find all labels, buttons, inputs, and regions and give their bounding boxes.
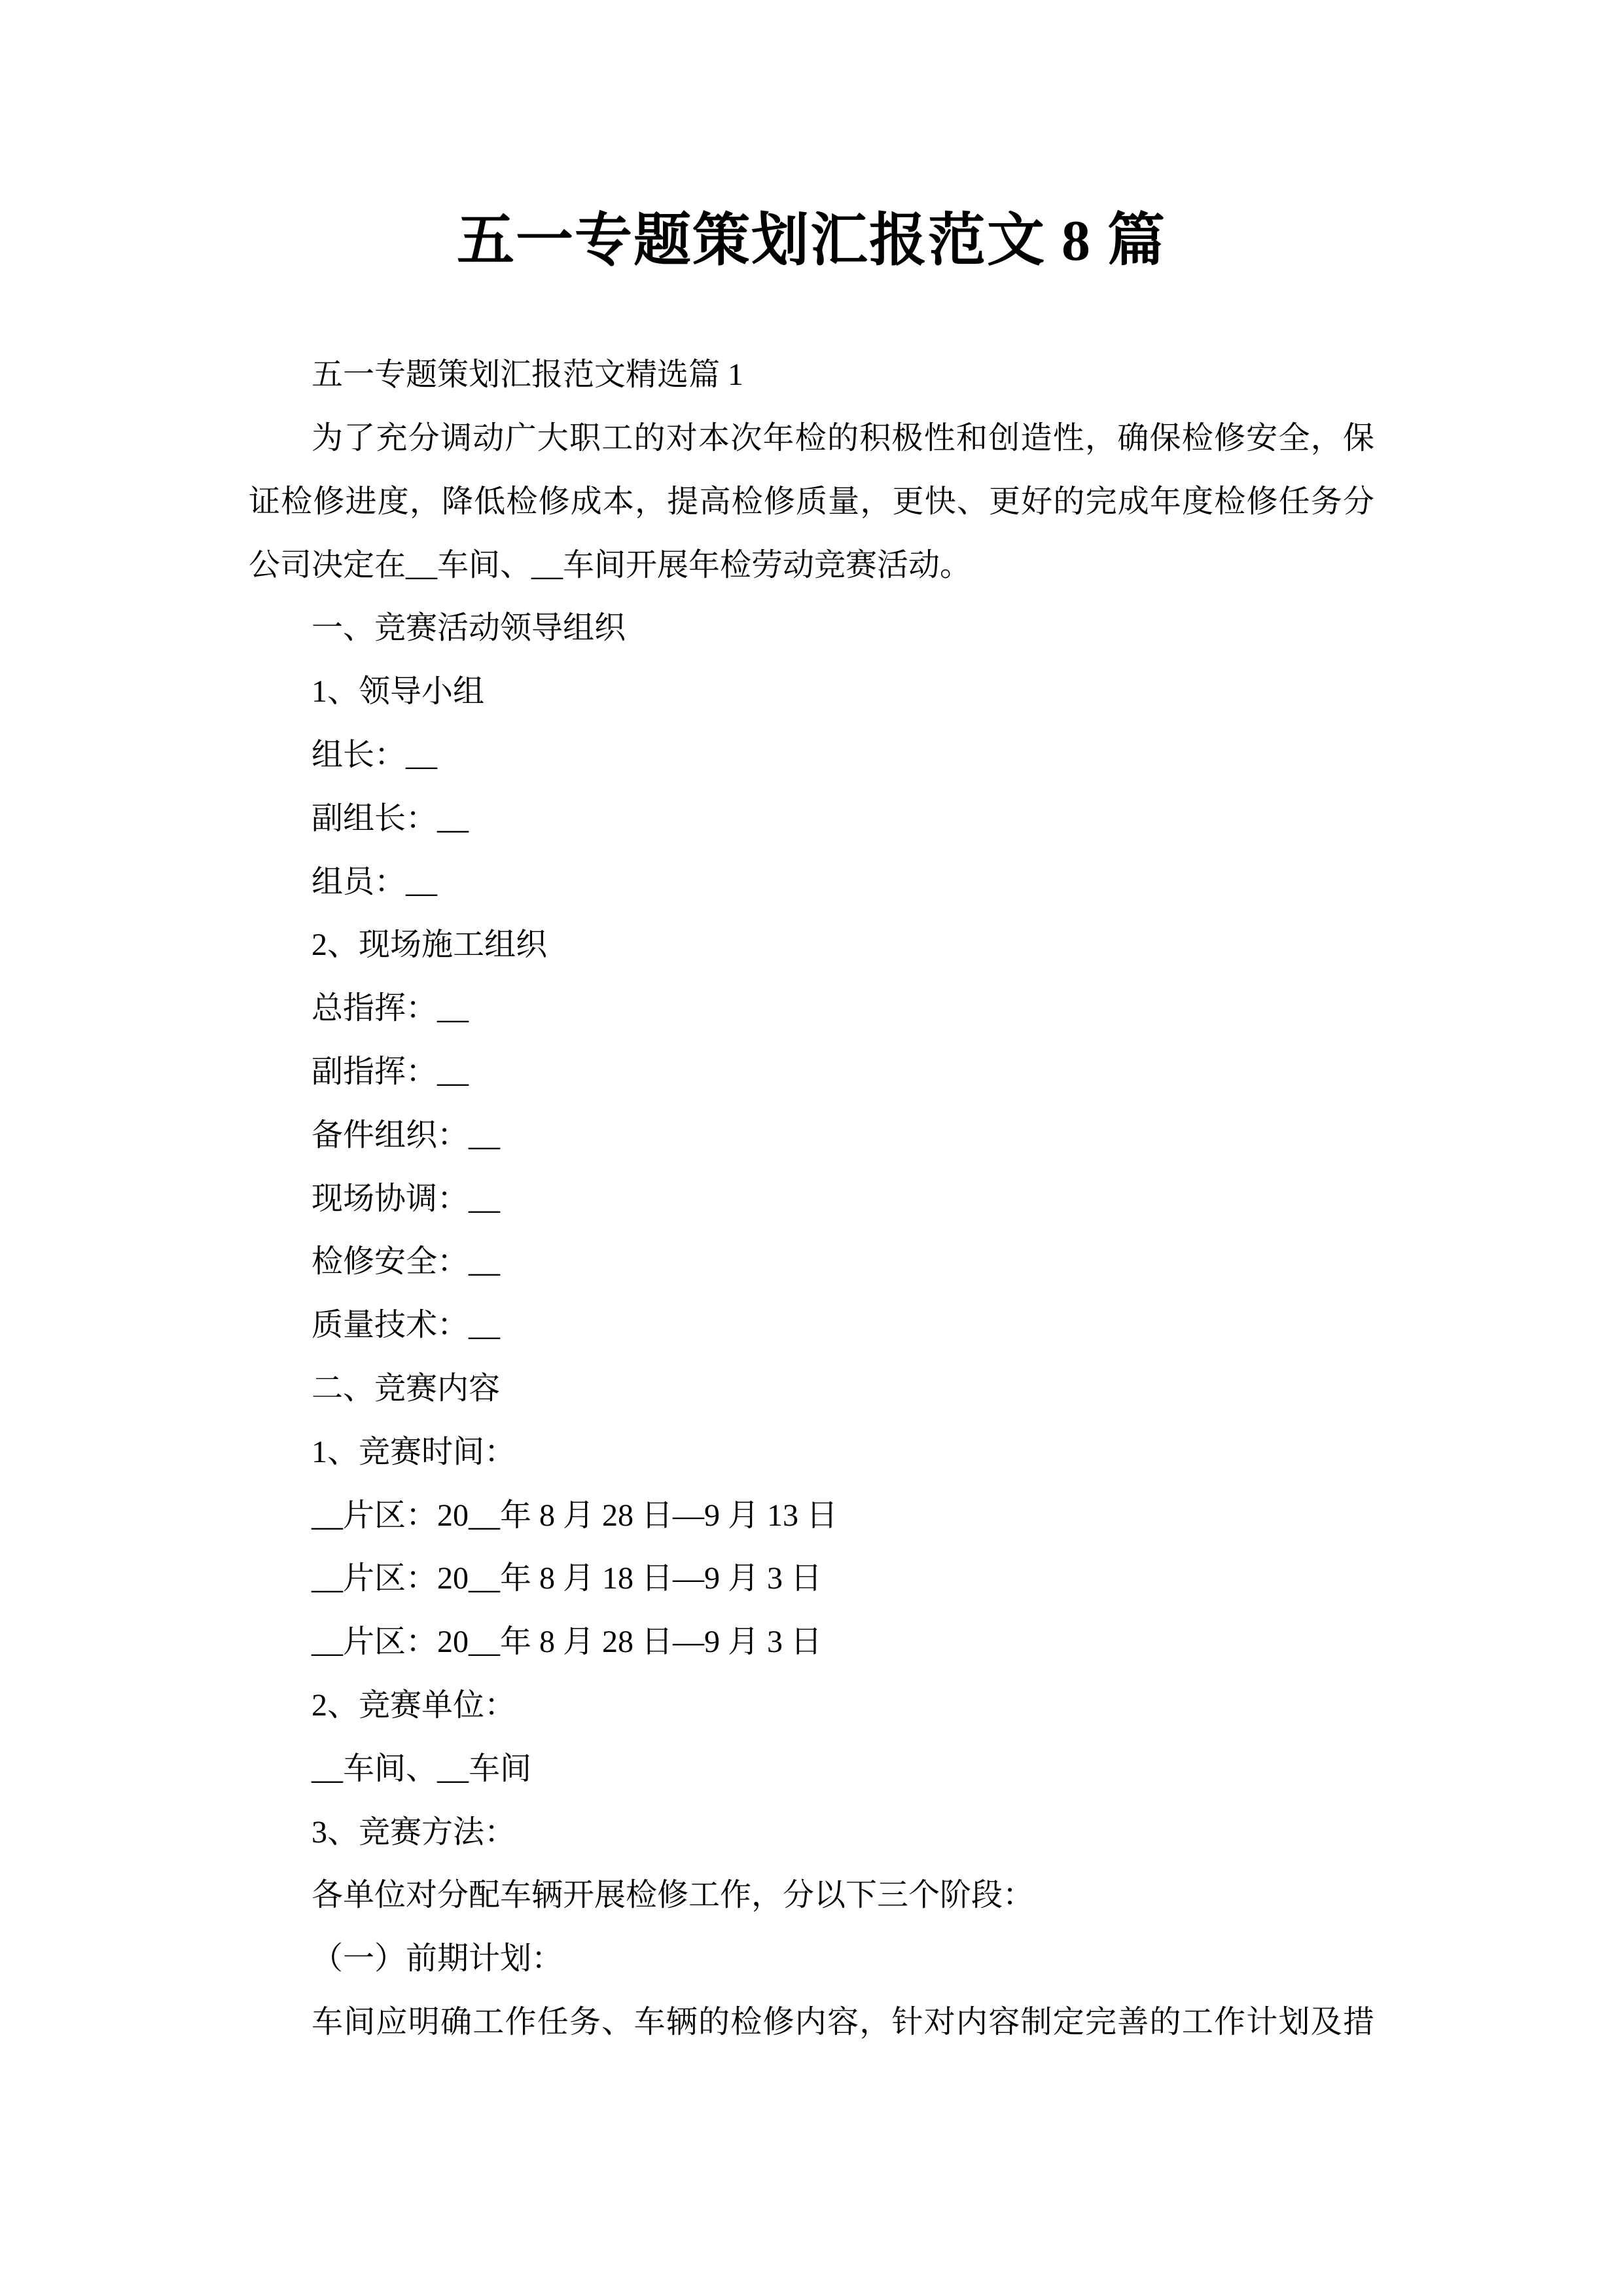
paragraph-line: 二、竞赛内容 xyxy=(249,1357,1374,1421)
paragraph-line: 2、竞赛单位： xyxy=(249,1674,1374,1738)
document-title: 五一专题策划汇报范文 8 篇 xyxy=(249,208,1374,274)
paragraph-line: 为了充分调动广大职工的对本次年检的积极性和创造性，确保检修安全，保 xyxy=(249,407,1374,471)
paragraph-line: 副组长：__ xyxy=(249,787,1374,851)
document-body: 五一专题策划汇报范文精选篇 1为了充分调动广大职工的对本次年检的积极性和创造性，… xyxy=(249,344,1374,2054)
paragraph-line: __片区：20__年 8 月 28 日—9 月 3 日 xyxy=(249,1611,1374,1674)
document-page: 五一专题策划汇报范文 8 篇 五一专题策划汇报范文精选篇 1为了充分调动广大职工… xyxy=(0,0,1623,2296)
paragraph-line: 质量技术：__ xyxy=(249,1294,1374,1357)
paragraph-line: （一）前期计划： xyxy=(249,1928,1374,1991)
paragraph-line: 组长：__ xyxy=(249,724,1374,787)
paragraph-line: 3、竞赛方法： xyxy=(249,1801,1374,1865)
paragraph-line: 各单位对分配车辆开展检修工作，分以下三个阶段： xyxy=(249,1864,1374,1928)
paragraph-line: 备件组织：__ xyxy=(249,1104,1374,1168)
paragraph-line: 1、领导小组 xyxy=(249,660,1374,724)
paragraph-line: 1、竞赛时间： xyxy=(249,1421,1374,1484)
paragraph-line: 总指挥：__ xyxy=(249,977,1374,1041)
paragraph-line: __车间、__车间 xyxy=(249,1738,1374,1801)
paragraph-line: 现场协调：__ xyxy=(249,1168,1374,1231)
paragraph-line: 检修安全：__ xyxy=(249,1230,1374,1294)
paragraph-line: 组员：__ xyxy=(249,851,1374,914)
paragraph-line: __片区：20__年 8 月 18 日—9 月 3 日 xyxy=(249,1547,1374,1611)
paragraph-line: 证检修进度，降低检修成本，提高检修质量，更快、更好的完成年度检修任务分 xyxy=(249,471,1374,534)
paragraph-line: __片区：20__年 8 月 28 日—9 月 13 日 xyxy=(249,1484,1374,1548)
paragraph-line: 2、现场施工组织 xyxy=(249,914,1374,977)
paragraph-line: 一、竞赛活动领导组织 xyxy=(249,597,1374,660)
paragraph-line: 五一专题策划汇报范文精选篇 1 xyxy=(249,344,1374,407)
paragraph-line: 车间应明确工作任务、车辆的检修内容，针对内容制定完善的工作计划及措 xyxy=(249,1991,1374,2054)
paragraph-line: 副指挥：__ xyxy=(249,1041,1374,1104)
paragraph-line: 公司决定在__车间、__车间开展年检劳动竞赛活动。 xyxy=(249,534,1374,598)
